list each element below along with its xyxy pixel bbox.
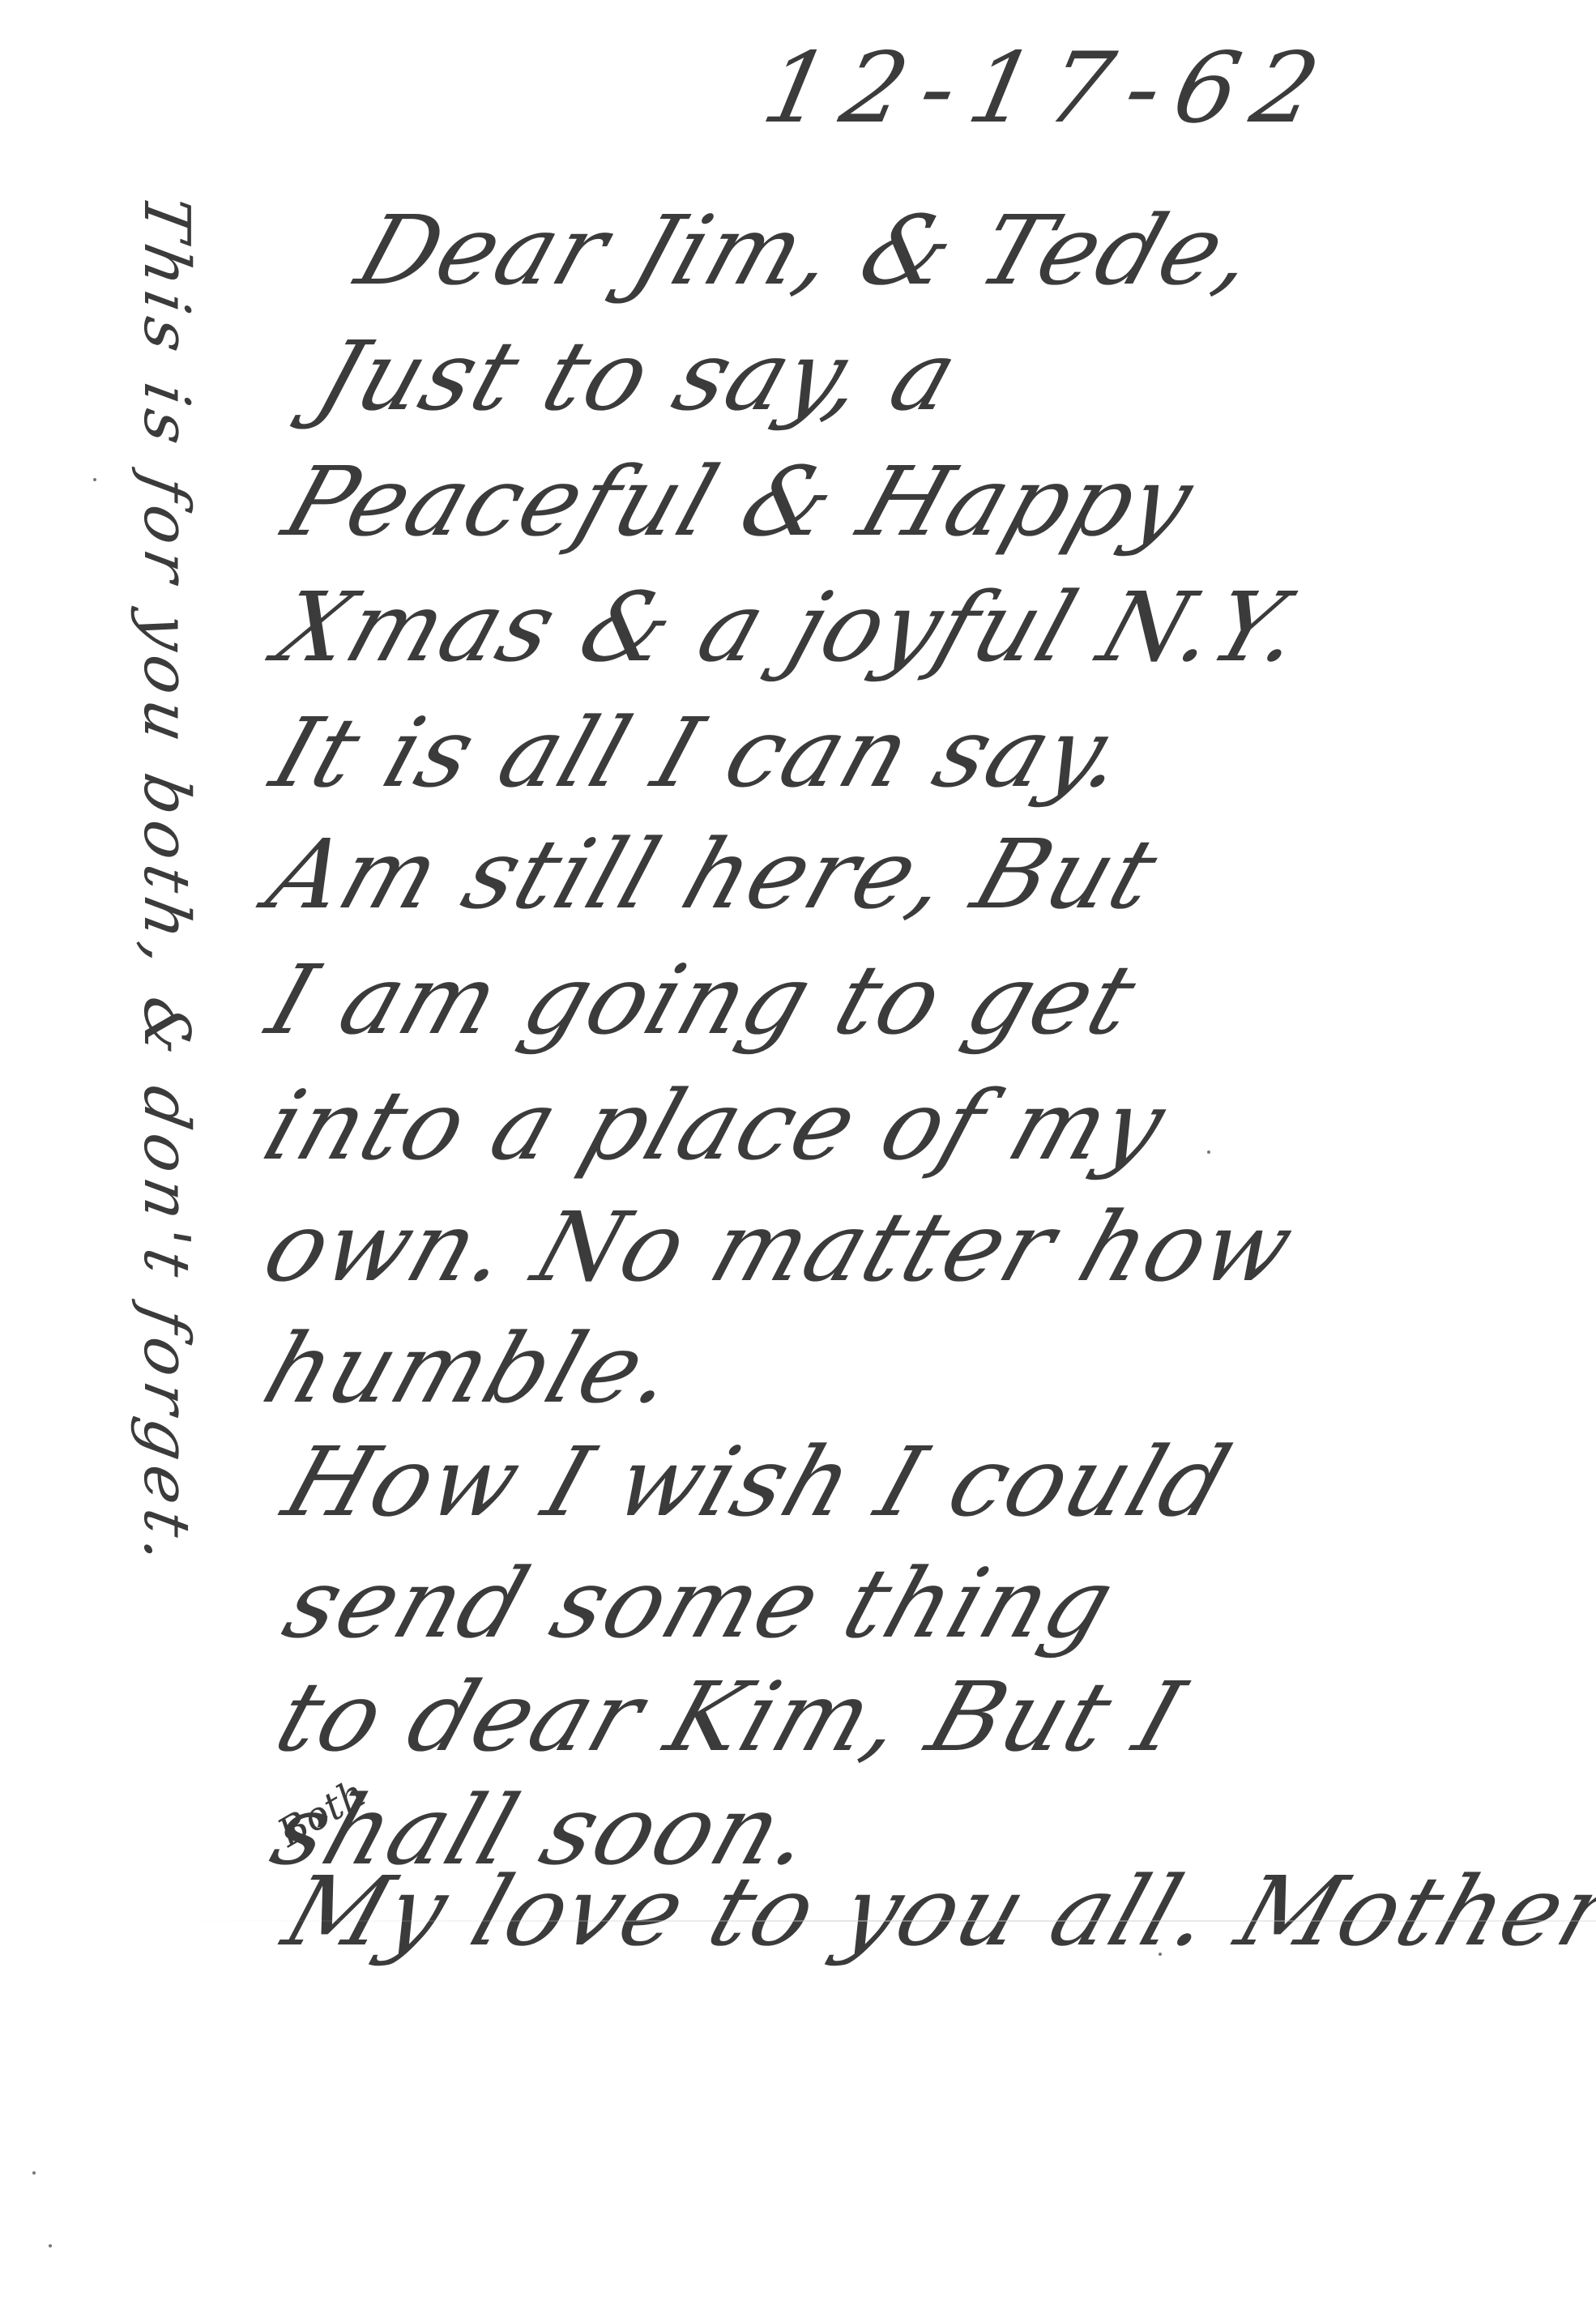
- letter-line: into a place of my: [251, 1069, 1180, 1181]
- letter-line: It is all I can say.: [259, 697, 1142, 809]
- paper-speck: [93, 478, 96, 481]
- paper-edge-divider: [186, 1920, 1596, 1922]
- letter-line: to dear Kim, But I: [263, 1661, 1198, 1773]
- paper-speck: [32, 2171, 36, 2175]
- letter-date: 12-17-62: [753, 32, 1344, 145]
- letter-page: 12-17-62 Dear Jim, & Tede, Just to say, …: [0, 0, 1596, 2305]
- letter-line: Am still here, But: [255, 818, 1171, 930]
- letter-line: own. No matter how: [251, 1191, 1308, 1303]
- letter-line: humble.: [251, 1313, 691, 1424]
- letter-line: Xmas & a joyful N.Y.: [263, 571, 1318, 683]
- margin-note-vertical: This is for you both, & don't forget.: [130, 190, 203, 1575]
- letter-line: How I wish I could: [271, 1426, 1244, 1538]
- letter-line: send some thing: [271, 1547, 1129, 1659]
- paper-speck: [49, 2244, 52, 2247]
- letter-line: Peaceful & Happy: [271, 446, 1207, 557]
- paper-speck: [1159, 1953, 1162, 1956]
- letter-line: I am going to get: [255, 944, 1150, 1056]
- letter-line: Just to say, a: [304, 320, 972, 432]
- letter-closing-signature: My love to you all. Mother: [271, 1855, 1596, 1967]
- letter-greeting: Dear Jim, & Tede,: [344, 194, 1271, 306]
- paper-speck: [1207, 1150, 1210, 1154]
